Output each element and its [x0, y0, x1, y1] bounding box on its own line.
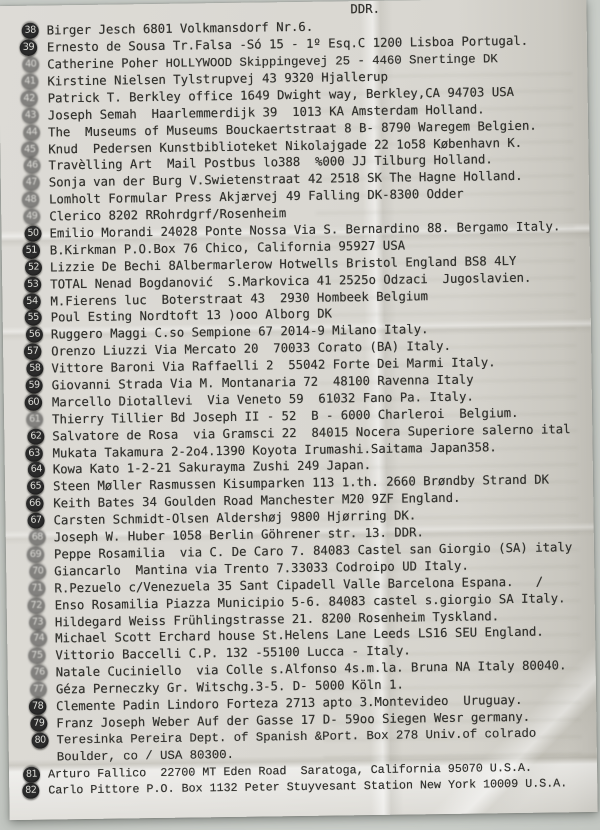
entry-number-badge: 52	[25, 259, 42, 275]
entry-number-badge: 59	[26, 378, 43, 394]
document-photo: DDR. 38Birger Jesch 6801 Volkmansdorf Nr…	[0, 0, 600, 830]
top-note: DDR.	[350, 2, 380, 16]
entry-number-badge: 43	[22, 107, 39, 123]
entry-number-badge: 80	[31, 732, 48, 748]
entry-number-badge: 79	[30, 715, 47, 731]
entry-number-badge: 39	[20, 40, 38, 57]
entry-number-badge: 78	[29, 698, 47, 715]
entry-number-badge: 47	[23, 175, 40, 191]
entry-number-badge: 70	[29, 563, 46, 579]
entry-number-badge: 67	[27, 513, 44, 529]
entry-number-badge: 75	[28, 648, 46, 665]
entry-number-badge: 38	[22, 23, 39, 39]
entry-text-part: Catherine Poher	[47, 55, 166, 71]
entry-number-badge: 41	[21, 74, 38, 90]
page-content: DDR. 38Birger Jesch 6801 Volkmansdorf Nr…	[0, 0, 598, 820]
entry-number-badge: 71	[28, 580, 45, 596]
entry-number-badge: 50	[24, 226, 41, 242]
entry-number-badge: 65	[27, 479, 44, 495]
entry-number-badge: 69	[27, 546, 45, 563]
entry-number-badge: 60	[25, 394, 43, 411]
entry-number-badge: 76	[31, 665, 48, 681]
entry-number-badge: 57	[24, 344, 42, 361]
entry-number-badge: 40	[22, 57, 39, 73]
entry-number-badge: 81	[23, 766, 40, 782]
entry-number-badge: 82	[22, 783, 39, 799]
entry-number-badge: 77	[30, 682, 47, 698]
entry-number-badge: 66	[26, 496, 44, 513]
entry-number-badge: 55	[25, 310, 42, 326]
entry-number-badge: 58	[26, 361, 43, 377]
entry-number-badge: 73	[29, 614, 46, 630]
entry-number-badge: 45	[21, 141, 39, 158]
entry-number-badge: 51	[22, 242, 40, 259]
entry-number-badge: 44	[23, 124, 40, 140]
entry-number-badge: 64	[28, 462, 45, 478]
entry-number-badge: 68	[29, 530, 46, 546]
entry-number-badge: 49	[23, 209, 40, 225]
entry-number-badge: 62	[27, 428, 44, 444]
entry-number-badge: 61	[26, 411, 43, 427]
entry-number-badge: 46	[23, 158, 40, 174]
entry-number-badge: 63	[25, 445, 43, 462]
entry-number-badge: 53	[24, 276, 41, 292]
paper-sheet: DDR. 38Birger Jesch 6801 Volkmansdorf Nr…	[0, 0, 598, 820]
entry-number-badge: 72	[27, 597, 45, 614]
entry-text: Clerico 8202 RRohrdgrf/Rosenheim	[49, 206, 286, 223]
entry-number-badge: 48	[22, 192, 40, 209]
entry-number-badge: 74	[30, 631, 47, 647]
entry-number-badge: 54	[23, 293, 41, 310]
entry-number-badge: 56	[26, 327, 43, 343]
entry-continuation-text: Boulder, co / USA 80300.	[57, 748, 234, 764]
entry-number-badge: 42	[20, 90, 38, 107]
